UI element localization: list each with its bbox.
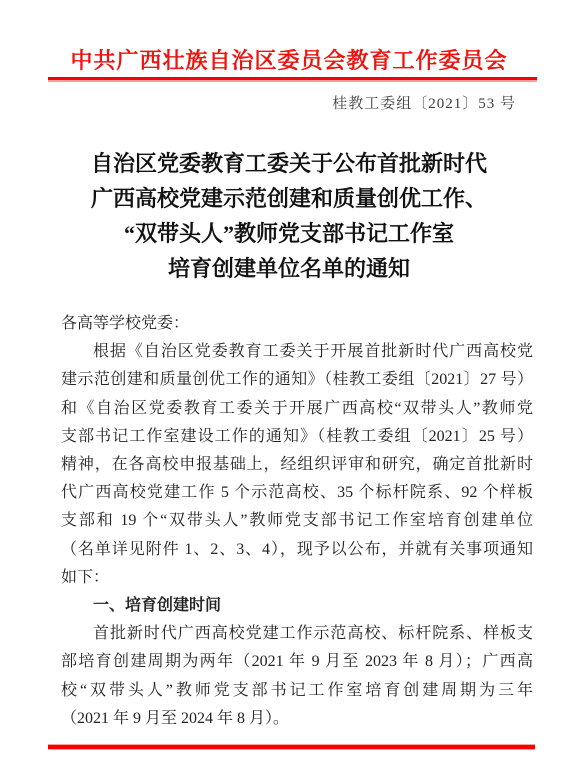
document-page: 中共广西壮族自治区委员会教育工作委员会 桂教工委组〔2021〕53 号 自治区党…: [0, 0, 578, 772]
body-line: 精神，在各高校申报基础上，经组织评审和研究，确定首批新时: [61, 451, 533, 479]
body-line: 支部和 19 个“双带头人”教师党支部书记工作室培育创建单位: [61, 507, 533, 535]
footer-red-rule: [48, 745, 535, 749]
body-line: 支部书记工作室建设工作的通知》（桂教工委组〔2021〕25 号）: [61, 423, 533, 451]
body-line: 建示范创建和质量创优工作的通知》（桂教工委组〔2021〕27 号）: [61, 366, 533, 394]
body-line: 校“双带头人”教师党支部书记工作室培育创建周期为三年: [61, 677, 533, 705]
body-line: 代广西高校党建工作 5 个示范高校、35 个标杆院系、92 个样板: [61, 479, 533, 507]
body-line: 一、培育创建时间: [61, 592, 533, 620]
body-line: 各高等学校党委：: [61, 310, 533, 338]
body-line: 如下：: [61, 564, 533, 592]
body-line: （2021 年 9 月至 2024 年 8 月）。: [61, 705, 533, 733]
body-line: 部培育创建周期为两年（2021 年 9 月至 2023 年 8 月）；广西高: [61, 648, 533, 676]
title-line: 自治区党委教育工委关于公布首批新时代: [0, 146, 578, 181]
body-line: 首批新时代广西高校党建工作示范高校、标杆院系、样板支: [61, 620, 533, 648]
doc-number: 桂教工委组〔2021〕53 号: [332, 92, 516, 113]
body-line: （名单详见附件 1、2、3、4），现予以公布，并就有关事项通知: [61, 536, 533, 564]
title-line: “双带头人”教师党支部书记工作室: [0, 216, 578, 251]
body-line: 根据《自治区党委教育工委关于开展首批新时代广西高校党: [61, 338, 533, 366]
title-line: 培育创建单位名单的通知: [0, 251, 578, 286]
notice-title: 自治区党委教育工委关于公布首批新时代广西高校党建示范创建和质量创优工作、“双带头…: [0, 146, 578, 286]
body: 各高等学校党委：根据《自治区党委教育工委关于开展首批新时代广西高校党建示范创建和…: [61, 310, 533, 733]
issuer-title: 中共广西壮族自治区委员会教育工作委员会: [0, 44, 578, 75]
title-line: 广西高校党建示范创建和质量创优工作、: [0, 181, 578, 216]
body-line: 和《自治区党委教育工委关于开展广西高校“双带头人”教师党: [61, 395, 533, 423]
header-red-rule: [48, 77, 537, 82]
